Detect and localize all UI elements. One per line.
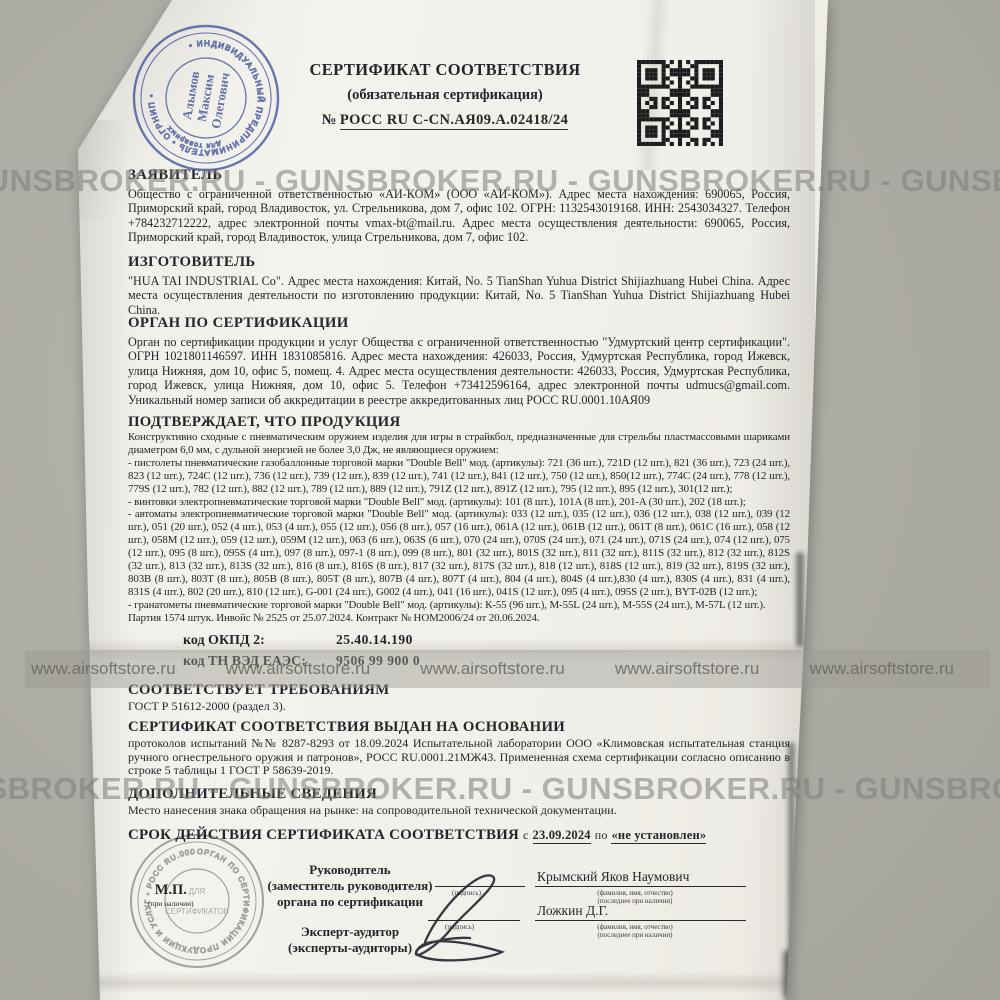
mp-label: М.П. [148, 882, 194, 899]
handwritten-signature [400, 852, 540, 962]
product-item-grenade-launchers: - гранатометы пневматические торговой ма… [128, 599, 790, 612]
basis-body: протоколов испытаний №№ 8287-8293 от 18.… [128, 737, 790, 778]
document-header: СЕРТИФИКАТ СООТВЕТСТВИЯ (обязательная се… [275, 60, 615, 129]
product-heading: ПОДТВЕРЖДАЕТ, ЧТО ПРОДУКЦИЯ [128, 414, 790, 431]
manufacturer-body: "HUA TAI INDUSTRIAL Co". Адрес места нах… [128, 274, 790, 317]
validity-date-from: 23.09.2024 [533, 828, 591, 844]
section-validity: СРОК ДЕЙСТВИЯ СЕРТИФИКАТА СООТВЕТСТВИЯ с… [128, 827, 790, 844]
name-caption-1: (фамилия, имя, отчество) (последнее при … [555, 889, 715, 905]
okpd-value: 25.40.14.190 [336, 632, 413, 648]
basis-heading: СЕРТИФИКАТ СООТВЕТСТВИЯ ВЫДАН НА ОСНОВАН… [128, 719, 790, 736]
document-title: СЕРТИФИКАТ СООТВЕТСТВИЯ [275, 60, 615, 80]
validity-middle: по [595, 828, 608, 842]
manufacturer-heading: ИЗГОТОВИТЕЛЬ [128, 254, 790, 271]
additional-body: Место нанесения знака обращения на рынке… [128, 804, 790, 818]
applicant-round-stamp: • ИНДИВИДУАЛЬНЫЙ ПРЕДПРИНИМАТЕЛЬ • ОГРНИ… [125, 17, 287, 179]
mp-note: (при наличии) [148, 899, 194, 908]
ink-smudge [796, 552, 804, 647]
name-caption-2: (фамилия, имя, отчество) (последнее при … [555, 923, 715, 939]
certificate-number: № РОСС RU С-CN.АЯ09.А.02418/24 [275, 112, 615, 129]
validity-heading: СРОК ДЕЙСТВИЯ СЕРТИФИКАТА СООТВЕТСТВИЯ [128, 827, 519, 843]
section-additional: ДОПОЛНИТЕЛЬНЫЕ СВЕДЕНИЯ Место нанесения … [128, 786, 790, 818]
additional-heading: ДОПОЛНИТЕЛЬНЫЕ СВЕДЕНИЯ [128, 786, 790, 803]
certificate-photo: • ИНДИВИДУАЛЬНЫЙ ПРЕДПРИНИМАТЕЛЬ • ОГРНИ… [0, 0, 1000, 1000]
number-value: РОСС RU С-CN.АЯ09.А.02418/24 [340, 112, 568, 130]
cert-body-heading: ОРГАН ПО СЕРТИФИКАЦИИ [128, 315, 790, 332]
product-batch: Партия 1574 штук. Инвойс № 2525 от 25.07… [128, 612, 790, 625]
qr-code [637, 60, 723, 146]
validity-prefix: с [523, 828, 529, 842]
store-watermark-band: www.airsoftstore.ru www.airsoftstore.ru … [25, 650, 990, 688]
okpd-label: код ОКПД 2: [183, 633, 336, 649]
mp-mark: М.П. (при наличии) [148, 882, 194, 908]
section-product: ПОДТВЕРЖДАЕТ, ЧТО ПРОДУКЦИЯ Конструктивн… [128, 414, 790, 625]
signer-name-1: Крымский Яков Наумович [535, 869, 746, 887]
product-intro: Конструктивно сходные с пневматическим о… [128, 431, 790, 457]
section-basis: СЕРТИФИКАТ СООТВЕТСТВИЯ ВЫДАН НА ОСНОВАН… [128, 719, 790, 778]
validity-date-to: «не установлен» [611, 828, 706, 844]
section-manufacturer: ИЗГОТОВИТЕЛЬ "HUA TAI INDUSTRIAL Co". Ад… [128, 254, 790, 317]
document-subtitle: (обязательная сертификация) [275, 87, 615, 104]
signature-block: М.П. (при наличии) Руководитель (замести… [100, 856, 790, 976]
product-item-automatics: - автоматы электропневматические торгово… [128, 508, 790, 598]
number-prefix: № [322, 112, 337, 128]
applicant-body: Общество с ограниченной ответственностью… [128, 187, 790, 245]
lower-sections: ПОДТВЕРЖДАЕТ, ЧТО ПРОДУКЦИЯ Конструктивн… [128, 414, 790, 844]
requirements-body: ГОСТ Р 51612-2000 (раздел 3). [128, 700, 790, 714]
product-item-rifles: - винтовки электропневматические торгово… [128, 496, 790, 509]
cert-body-text: Орган по сертификации продукции и услуг … [128, 335, 790, 407]
product-item-pistols: - пистолеты пневматические газобаллонные… [128, 457, 790, 496]
signer-name-2: Ложкин Д.Г. [535, 903, 746, 921]
section-cert-body: ОРГАН ПО СЕРТИФИКАЦИИ Орган по сертифика… [128, 315, 790, 407]
